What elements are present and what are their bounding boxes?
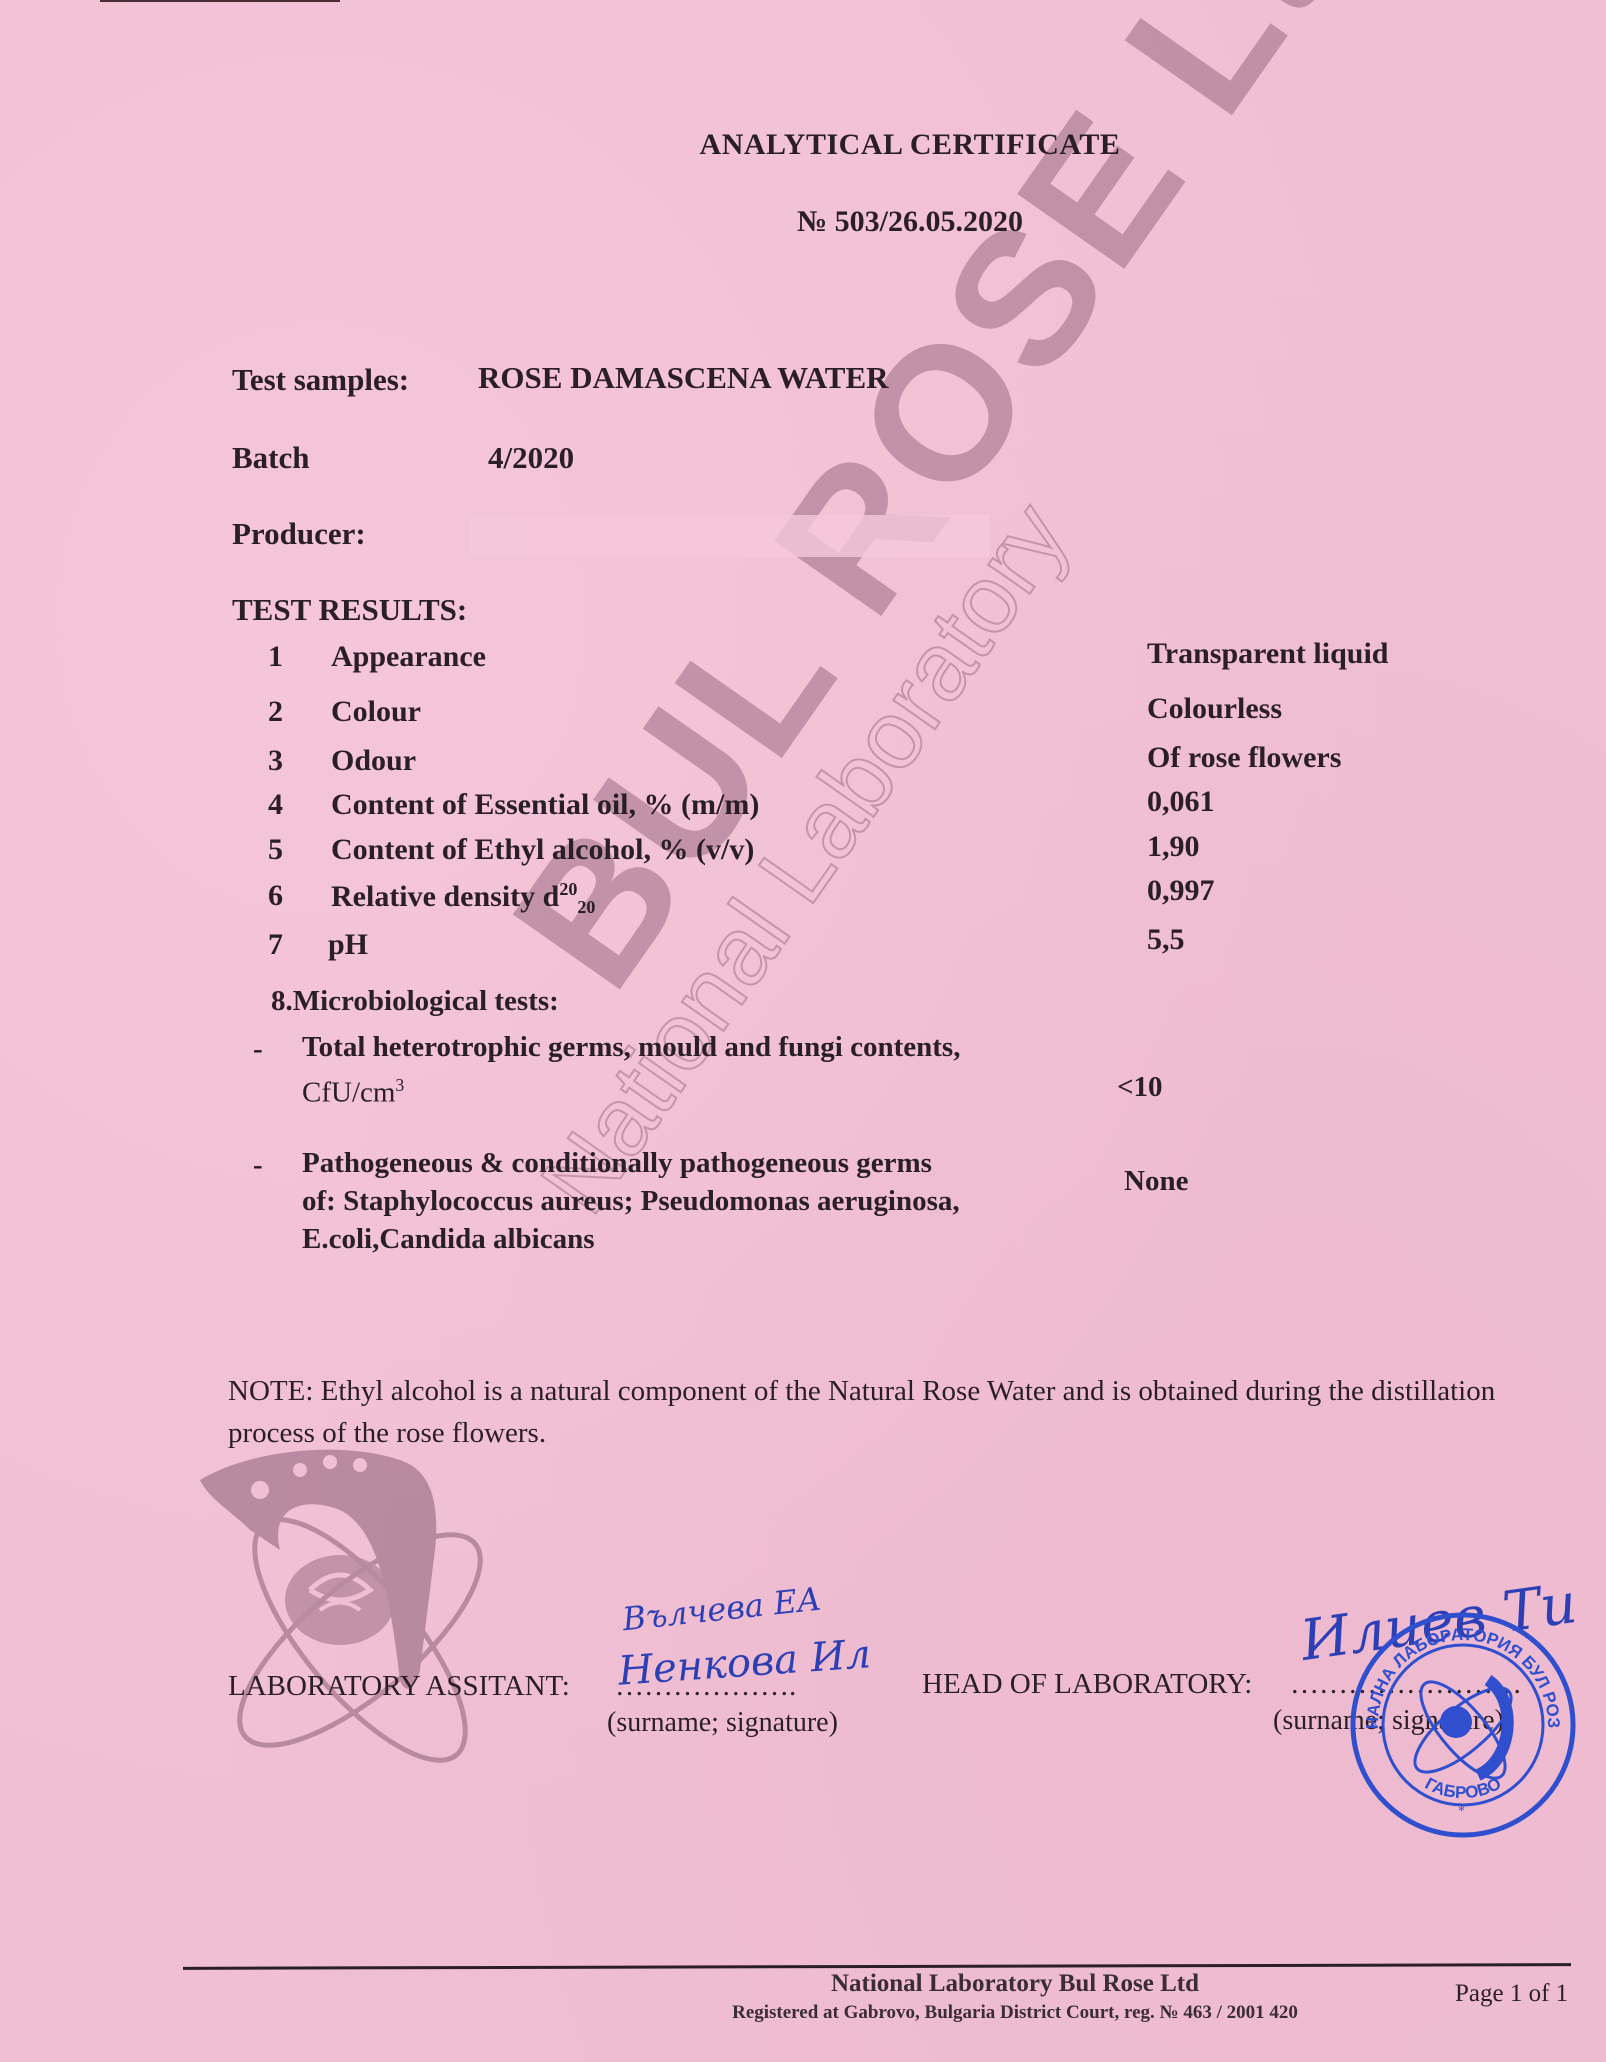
- producer-label: Producer:: [232, 516, 366, 552]
- micro-item-line2: CfU/cm3: [302, 1066, 404, 1112]
- row-value: Transparent liquid: [1147, 637, 1388, 671]
- certificate-number: № 503/26.05.2020: [0, 205, 1606, 239]
- batch-value: 4/2020: [488, 440, 574, 476]
- bullet-dash: -: [253, 1030, 263, 1068]
- row-number: 5: [268, 833, 283, 867]
- row-parameter: Odour: [331, 744, 416, 778]
- row-number: 7: [268, 928, 283, 962]
- assistant-handwritten-name-1: Вълчева ЕА: [621, 1580, 823, 1639]
- micro-item-line3: E.coli,Candida albicans: [302, 1220, 595, 1258]
- row-parameter: Appearance: [331, 640, 486, 674]
- micro-heading: 8.Microbiological tests:: [271, 982, 559, 1020]
- row-parameter: Content of Essential oil, % (m/m): [331, 788, 759, 822]
- unit-superscript: 3: [395, 1075, 404, 1095]
- density-label: Relative density d: [331, 880, 559, 913]
- scan-edge-line: [100, 0, 340, 2]
- micro-item-line1: Pathogeneous & conditionally pathogeneou…: [302, 1144, 932, 1182]
- assistant-label: LABORATORY ASSITANT:: [228, 1670, 570, 1703]
- document-title: ANALYTICAL CERTIFICATE: [0, 128, 1606, 162]
- row-parameter: Content of Ethyl alcohol, % (v/v): [331, 833, 754, 867]
- svg-text:*: *: [1458, 1804, 1465, 1819]
- micro-item-line2: of: Staphylococcus aureus; Pseudomonas a…: [302, 1182, 960, 1220]
- density-subscript: 20: [577, 897, 595, 917]
- official-stamp-icon: НАЦИОНАЛНА ЛАБОРАТОРИЯ БУЛ РОЗА" ООД ГАБ…: [1348, 1610, 1578, 1840]
- row-value: Of rose flowers: [1147, 741, 1341, 775]
- assistant-signature-line: ……………….: [615, 1670, 796, 1703]
- rose-atom-logo-icon: [190, 1440, 570, 1780]
- test-samples-value: ROSE DAMASCENA WATER: [478, 360, 889, 396]
- row-value: 5,5: [1147, 923, 1185, 957]
- row-number: 6: [268, 879, 283, 913]
- row-parameter: Relative density d2020: [331, 879, 595, 918]
- row-parameter: pH: [328, 928, 368, 962]
- page-number: Page 1 of 1: [1455, 1980, 1568, 2008]
- test-samples-label: Test samples:: [232, 362, 409, 398]
- row-parameter: Colour: [331, 695, 421, 729]
- row-number: 3: [268, 744, 283, 778]
- row-value: Colourless: [1147, 692, 1282, 726]
- micro-item-line1: Total heterotrophic germs, mould and fun…: [302, 1028, 960, 1066]
- row-number: 2: [268, 695, 283, 729]
- row-value: 0,061: [1147, 785, 1215, 819]
- density-superscript: 20: [559, 879, 577, 899]
- test-results-heading: TEST RESULTS:: [232, 592, 467, 628]
- micro-item-value: None: [1124, 1162, 1188, 1200]
- assistant-signature-hint: (surname; signature): [607, 1707, 838, 1739]
- batch-label: Batch: [232, 440, 310, 476]
- row-value: 0,997: [1147, 874, 1215, 908]
- svg-text:*: *: [1370, 1719, 1377, 1734]
- producer-value-redacted: [470, 515, 990, 557]
- footer-company: National Laboratory Bul Rose Ltd: [0, 1970, 1606, 1998]
- bullet-dash: -: [253, 1146, 263, 1184]
- row-number: 4: [268, 788, 283, 822]
- footer-registration: Registered at Gabrovo, Bulgaria District…: [0, 2002, 1606, 2024]
- footer-divider: [183, 1963, 1571, 1970]
- unit-text: CfU/cm: [302, 1077, 395, 1109]
- micro-item-value: <10: [1117, 1068, 1163, 1106]
- note-text: NOTE: Ethyl alcohol is a natural compone…: [228, 1370, 1588, 1454]
- row-value: 1,90: [1147, 830, 1200, 864]
- row-number: 1: [268, 640, 283, 674]
- head-label: HEAD OF LABORATORY:: [922, 1668, 1252, 1701]
